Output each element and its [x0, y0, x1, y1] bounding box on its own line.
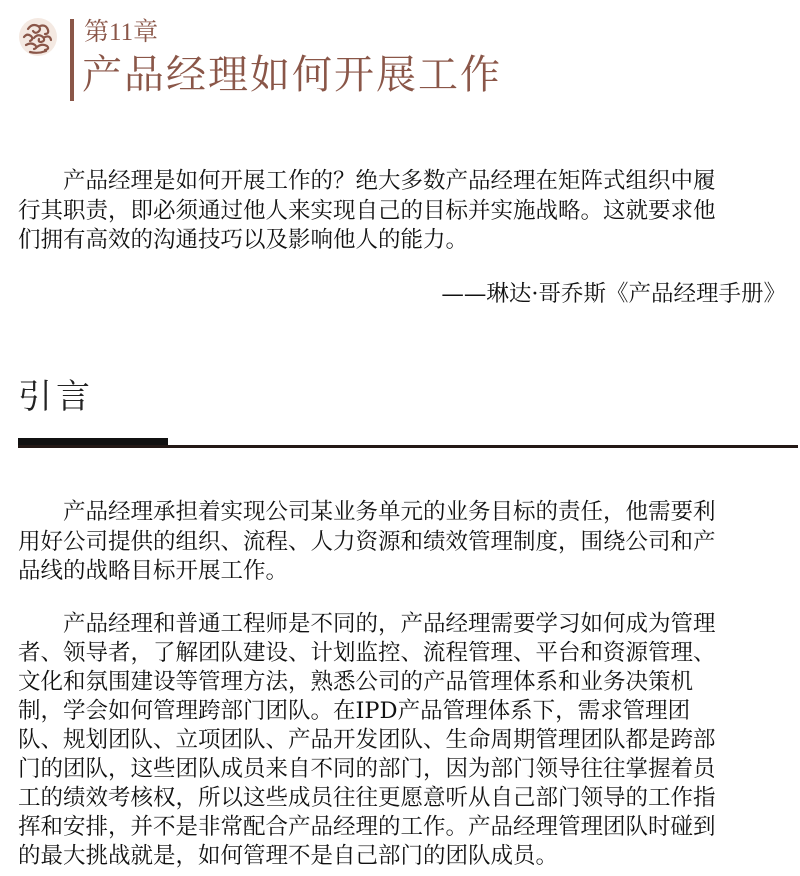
- paragraph-line: 制，学会如何管理跨部门团队。在IPD产品管理体系下，需求管理团: [18, 696, 690, 726]
- chapter-title: 产品经理如何开展工作: [82, 52, 502, 98]
- section-rule: [18, 445, 798, 448]
- epigraph-line: 们拥有高效的沟通技巧以及影响他人的能力。: [18, 225, 468, 255]
- epigraph-attribution: ——琳达·哥乔斯《产品经理手册》: [441, 279, 786, 309]
- paragraph-line: 挥和安排，并不是非常配合产品经理的工作。产品经理管理团队时碰到: [18, 812, 716, 842]
- paragraph-line: 文化和氛围建设等管理方法，熟悉公司的产品管理体系和业务决策机: [18, 667, 693, 697]
- paragraph-line: 产品经理和普通工程师是不同的，产品经理需要学习如何成为管理: [18, 609, 716, 639]
- paragraph-line: 的最大挑战就是，如何管理不是自己部门的团队成员。: [18, 841, 558, 871]
- paragraph-line: 门的团队，这些团队成员来自不同的部门，因为部门领导往往掌握着员: [18, 754, 716, 784]
- paragraph-line: 队、规划团队、立项团队、产品开发团队、生命周期管理团队都是跨部: [18, 725, 716, 755]
- epigraph-line: 行其职责，即必须通过他人来实现自己的目标并实施战略。这就要求他: [18, 196, 716, 226]
- chapter-accent-bar: [70, 19, 74, 101]
- paragraph-line: 用好公司提供的组织、流程、人力资源和绩效管理制度，围绕公司和产: [18, 527, 716, 557]
- paragraph-line: 者、领导者，了解团队建设、计划监控、流程管理、平台和资源管理、: [18, 638, 716, 668]
- paragraph-line: 工的绩效考核权，所以这些成员往往更愿意听从自己部门领导的工作指: [18, 783, 716, 813]
- chapter-emblem-icon: [18, 17, 58, 57]
- paragraph-line: 品线的战略目标开展工作。: [18, 556, 288, 586]
- section-title: 引言: [18, 376, 94, 418]
- paragraph-line: 产品经理承担着实现公司某业务单元的业务目标的责任，他需要利: [18, 497, 716, 527]
- epigraph-line: 产品经理是如何开展工作的？绝大多数产品经理在矩阵式组织中履: [18, 166, 716, 196]
- chapter-number: 第11章: [84, 18, 158, 48]
